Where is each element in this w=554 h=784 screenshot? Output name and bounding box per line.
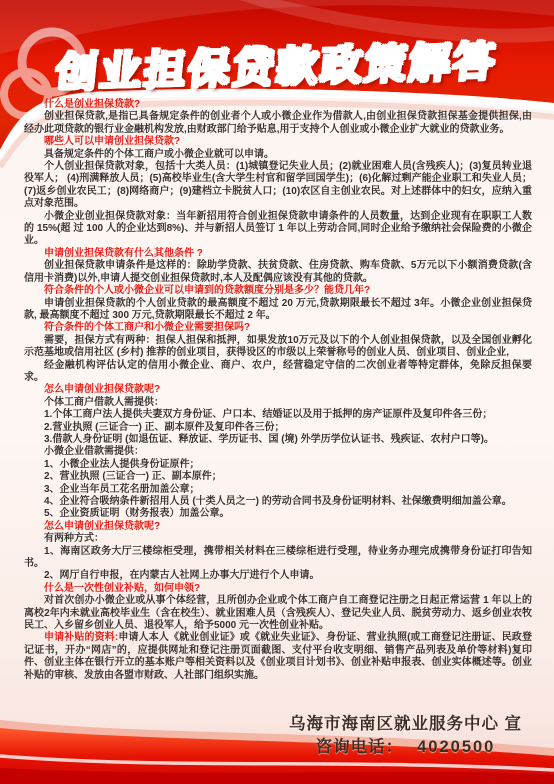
poster-root: 创业担保贷款政策解答 什么是创业担保贷款?创业担保贷款,是指已具备规定条件的创业… bbox=[0, 0, 554, 784]
paragraph: 对首次创办小微企业或从事个体经营，且所创办企业或个体工商户自工商登记注册之日起正… bbox=[24, 595, 532, 632]
paragraph: 经金融机构评估认定的信用小微企业、商户、农户，经营稳定守信的二次创业者等特定群体… bbox=[24, 360, 532, 385]
content: 什么是创业担保贷款?创业担保贷款,是指已具备规定条件的创业者个人或小微企业作为借… bbox=[24, 99, 532, 682]
paragraph: 5、企业资质证明（财务报表）加盖公章。 bbox=[24, 508, 532, 520]
paragraph: 个体工商户借款人需提供： bbox=[24, 397, 532, 409]
paragraph: 4、企业符合吸纳条件新招用人员 (十类人员之一) 的劳动合同书及身份证明材料、社… bbox=[24, 496, 532, 508]
footer-phone-number: 4020500 bbox=[417, 738, 495, 756]
paragraph: 3.借款人身份证明 (如退伍证、释放证、学历证书、国 (境) 外学历学位认证书、… bbox=[24, 434, 532, 446]
paragraph: 需要，担保方式有两种：担保人担保和抵押，如果发放10万元及以下的个人创业担保贷款… bbox=[24, 335, 532, 360]
paragraph: 1.个体工商户法人提供夫妻双方身份证、户口本、结婚证以及用于抵押的房产证原件及复… bbox=[24, 409, 532, 421]
section-heading: 什么是创业担保贷款? bbox=[24, 99, 532, 111]
section-heading: 符合条件的个人或小微企业可以申请到的贷款额度分别是多少？能贷几年? bbox=[24, 285, 532, 297]
footer-text: 乌海市海南区就业服务中心 宣 咨询电话：4020500 bbox=[265, 713, 546, 759]
paragraph: 1、小微企业法人提供身份证原件； bbox=[24, 459, 532, 471]
paragraph: 3、企业当年员工花名册加盖公章； bbox=[24, 484, 532, 496]
footer-phone-row: 咨询电话：4020500 bbox=[265, 736, 546, 759]
paragraph: 小微企业借款需提供： bbox=[24, 446, 532, 458]
section-heading: 符合条件的个体工商户和小微企业需要担保吗? bbox=[24, 322, 532, 334]
paragraph: 2、营业执照 (三证合一) 正、副本原件； bbox=[24, 471, 532, 483]
paragraph-lead: 申请补贴的资料: bbox=[44, 632, 118, 643]
paragraph: 具备规定条件的个体工商户或小微企业就可以申请。 bbox=[24, 149, 532, 161]
footer-org-line: 乌海市海南区就业服务中心 宣 bbox=[289, 715, 522, 733]
paragraph: 小微企业创业担保贷款对象：当年新招用符合创业担保贷款申请条件的人员数量，达到企业… bbox=[24, 211, 532, 248]
paragraph: 1、海南区政务大厅三楼综柜受理，携带相关材料在三楼综柜进行受理，待业务办理完成携… bbox=[24, 546, 532, 571]
paragraph: 创业担保贷款申请条件是这样的：除助学贷款、扶贫贷款、住房贷款、购车贷款、5万元以… bbox=[24, 260, 532, 285]
paragraph: 个人创业担保贷款对象，包括十大类人员：(1)城镇登记失业人员；(2)就业困难人员… bbox=[24, 161, 532, 211]
section-heading: 哪些人可以申请创业担保贷款? bbox=[24, 136, 532, 148]
paragraph: 创业担保贷款,是指已具备规定条件的创业者个人或小微企业作为借款人,由创业担保贷款… bbox=[24, 111, 532, 136]
footer-phone-label: 咨询电话： bbox=[316, 738, 404, 756]
paragraph: 申请补贴的资料:申请人本人《就业创业证》或《就业失业证》、身份证、营业执照(或工… bbox=[24, 632, 532, 682]
section-heading: 怎么申请创业担保贷款呢? bbox=[24, 384, 532, 396]
paragraph: 2、网厅自行申报，在内蒙古人社网上办事大厅进行个人申请。 bbox=[24, 570, 532, 582]
paragraph: 2.营业执照 (三证合一) 正、副本原件及复印件各三份； bbox=[24, 422, 532, 434]
paragraph: 有两种方式： bbox=[24, 533, 532, 545]
section-heading: 怎么申请创业担保贷款呢? bbox=[24, 521, 532, 533]
paragraph: 申请创业担保贷款的个人创业贷款的最高额度不超过 20 万元,贷款期限最长不超过 … bbox=[24, 298, 532, 323]
section-heading: 什么是一次性创业补贴，如何申领? bbox=[24, 583, 532, 595]
section-heading: 申请创业担保贷款有什么其他条件 ? bbox=[24, 248, 532, 260]
